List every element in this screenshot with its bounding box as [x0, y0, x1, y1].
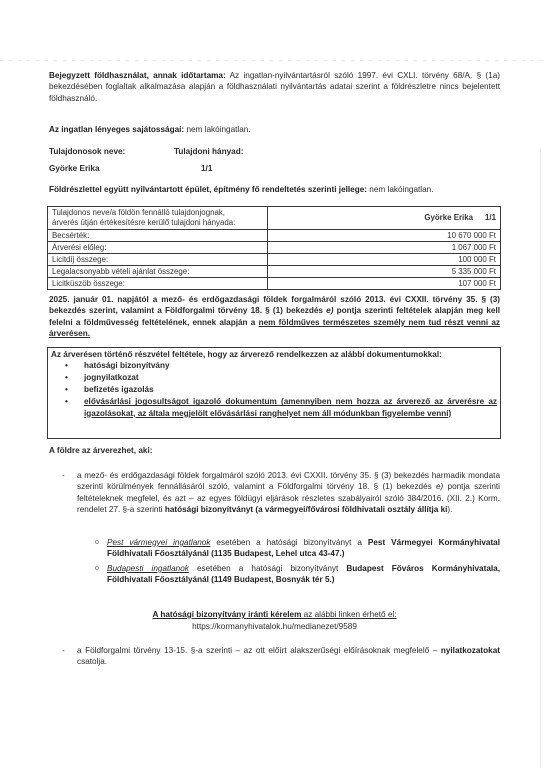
document-page: Bejegyzett földhasználat, annak időtarta… [0, 0, 543, 768]
requirement-text: elővásárlási jogosultságot igazoló dokum… [84, 396, 497, 419]
registered-land-use-label: Bejegyzett földhasználat, annak időtarta… [49, 71, 226, 80]
circle-bullet-icon: o [95, 564, 99, 574]
bidder-condition-2: - a Földforgalmi törvény 13-15. §-a szer… [62, 645, 500, 668]
bullet-icon: • [65, 384, 68, 395]
requirements-box: Az árverésen történő részvétel feltétele… [47, 347, 501, 439]
owners-share-header: Tulajdoni hányad: [174, 146, 374, 163]
condition-end: csatolja. [77, 657, 107, 666]
owner-name: Györke Erika [49, 163, 174, 180]
table-row-value: 5 335 000 Ft [268, 266, 501, 278]
building-character-text: nem lakóingatlan. [369, 185, 433, 194]
page-edge [540, 150, 541, 768]
table-row-label: Becsérték: [48, 230, 268, 242]
building-character-paragraph: Földrészlettel együtt nyilvántartott épü… [49, 184, 500, 195]
scan-artifact-line [0, 60, 543, 61]
owner-share: 1/1 [174, 163, 374, 180]
requirement-text: befizetés igazolás [84, 385, 154, 394]
table-header-owner: Györke Erika1/1 [268, 207, 501, 230]
table-row-label: Licitküszöb összege: [48, 278, 268, 290]
owners-name-header: Tulajdonosok neve: [49, 146, 174, 163]
table-row: Becsérték: 10 670 000 Ft [48, 230, 501, 242]
owners-header: Tulajdonosok neve: Tulajdoni hányad: [49, 146, 500, 163]
table-row-label: Árverési előleg: [48, 242, 268, 254]
who-can-bid-heading-text: A földre az árverezhet, aki: [49, 445, 500, 456]
certificate-request-heading: A hatósági bizonyítvány iránti kérelem a… [49, 609, 500, 620]
circle-bullet-icon: o [95, 538, 99, 548]
owners-list: Tulajdonosok neve: Tulajdoni hányad: Gyö… [49, 146, 500, 180]
certificate-request-url[interactable]: https://kormanyhivatalok.hu/medianezet/9… [49, 621, 500, 632]
building-character-label: Földrészlettel együtt nyilvántartott épü… [49, 185, 367, 194]
table-header-row: Tulajdonos neve/a földön fennálló tulajd… [48, 207, 501, 230]
header-label-line1: Tulajdonos neve/a földön fennálló tulajd… [52, 208, 225, 217]
bullet-icon: • [65, 360, 68, 371]
office-text: esetében a hatósági bizonyítványt a [210, 538, 367, 547]
office-pest: o Pest vármegyei ingatlanok esetében a h… [95, 537, 500, 560]
requirement-item: •elővásárlási jogosultságot igazoló doku… [51, 396, 497, 420]
table-row-value: 1 067 000 Ft [268, 242, 501, 254]
header-owner-share: 1/1 [485, 213, 496, 222]
bullet-icon: • [65, 396, 68, 407]
requirements-title: Az árverésen történő részvétel feltétele… [51, 349, 497, 360]
requirement-item: •jognyilatkozat [51, 372, 497, 384]
property-features-text: nem lakóingatlan. [186, 125, 250, 134]
link-heading-bold: A hatósági bizonyítvány iránti kérelem [152, 610, 301, 619]
farmer-requirement-notice: 2025. január 01. napjától a mező- és erd… [49, 294, 500, 339]
bidder-condition-1: - a mező- és erdőgazdasági földek forgal… [62, 470, 500, 515]
table-row-value: 107 000 Ft [268, 278, 501, 290]
auction-info-table: Tulajdonos neve/a földön fennálló tulajd… [47, 206, 501, 290]
requirements-list: •hatósági bizonyítvány •jognyilatkozat •… [51, 360, 497, 420]
property-features-paragraph: Az ingatlan lényeges sajátosságai: nem l… [49, 124, 500, 135]
table-row: Licitdíj összege: 100 000 Ft [48, 254, 501, 266]
table-header-label: Tulajdonos neve/a földön fennálló tulajd… [48, 207, 268, 230]
office-text: esetében a hatósági bizonyítványt [189, 564, 347, 573]
who-can-bid-heading: A földre az árverezhet, aki: [49, 445, 500, 456]
condition-end: ). [447, 505, 452, 514]
dash-icon: - [62, 470, 65, 481]
header-label-line2: árverés útján értékesítésre kerülő tulaj… [52, 218, 235, 227]
header-owner-name: Györke Erika [424, 213, 473, 222]
property-features-label: Az ingatlan lényeges sajátosságai: [49, 125, 184, 134]
bullet-icon: • [65, 372, 68, 383]
requirement-text: jognyilatkozat [84, 373, 139, 382]
table-row: Licitküszöb összege: 107 000 Ft [48, 278, 501, 290]
budapest-properties-link[interactable]: Budapesti ingatlanok [107, 564, 189, 573]
table-row-value: 10 670 000 Ft [268, 230, 501, 242]
requirement-item: •hatósági bizonyítvány [51, 360, 497, 372]
table-row-label: Legalacsonyabb vételi ajánlat összege: [48, 266, 268, 278]
table-row-label: Licitdíj összege: [48, 254, 268, 266]
pest-properties-link[interactable]: Pest vármegyei ingatlanok [107, 538, 210, 547]
registered-land-use-paragraph: Bejegyzett földhasználat, annak időtarta… [49, 70, 500, 104]
condition-bold: hatósági bizonyítványt (a vármegyei/fővá… [165, 505, 448, 514]
table-row-value: 100 000 Ft [268, 254, 501, 266]
table-row: Legalacsonyabb vételi ajánlat összege: 5… [48, 266, 501, 278]
condition-bold: nyilatkozatokat [441, 646, 500, 655]
link-heading-rest: az alábbi linken érhető el: [301, 610, 396, 619]
condition-text: a Földforgalmi törvény 13-15. §-a szerin… [77, 646, 441, 655]
table-row: Árverési előleg: 1 067 000 Ft [48, 242, 501, 254]
dash-icon: - [62, 645, 65, 656]
owner-row: Györke Erika 1/1 [49, 163, 500, 180]
requirement-text: hatósági bizonyítvány [84, 361, 170, 370]
office-budapest: o Budapesti ingatlanok esetében a hatósá… [95, 563, 500, 586]
requirement-item: •befizetés igazolás [51, 384, 497, 396]
